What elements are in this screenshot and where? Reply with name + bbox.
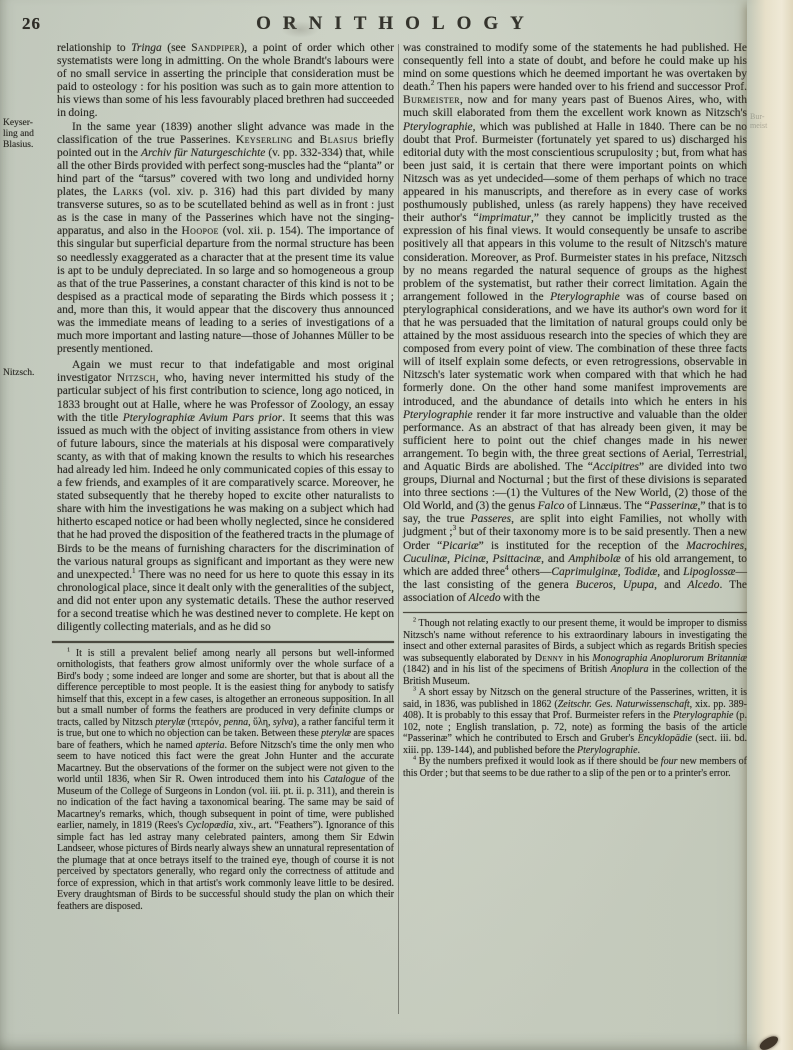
left-column: relationship to Tringa (see Sandpiper), … (57, 42, 394, 912)
right-column: was constrained to modify some of the st… (403, 42, 747, 779)
column-divider (398, 44, 399, 1014)
right-paragraph-main: was constrained to modify some of the st… (403, 42, 747, 605)
footnote-1: 1 It is still a prevalent belief among n… (57, 648, 394, 913)
left-paragraph-continuation: relationship to Tringa (see Sandpiper), … (57, 42, 394, 121)
left-paragraph-keyserling: In the same year (1839) another slight a… (57, 121, 394, 357)
margin-note-keyserling-blasius: Keyser- ling and Blasius. (3, 118, 57, 151)
footnote-separator-right (403, 612, 747, 613)
book-page: 26 ORNITHOLOGY Keyser- ling and Blasius.… (0, 0, 793, 1050)
footnote-separator-left (52, 641, 394, 642)
margin-note-nitzsch: Nitzsch. (3, 368, 57, 379)
footnote-2: 2 Though not relating exactly to our pre… (403, 618, 747, 687)
scan-smudge (281, 21, 319, 38)
left-paragraph-nitzsch: Again we must recur to that indefatigabl… (57, 359, 394, 634)
margin-note-burmeister-faint: Bur- meist (750, 112, 790, 130)
footnote-3: 3 A short essay by Nitzsch on the genera… (403, 687, 747, 756)
book-page-edge (747, 0, 793, 1050)
running-title: ORNITHOLOGY (0, 13, 780, 35)
footnote-4: 4 By the numbers prefixed it would look … (403, 756, 747, 779)
